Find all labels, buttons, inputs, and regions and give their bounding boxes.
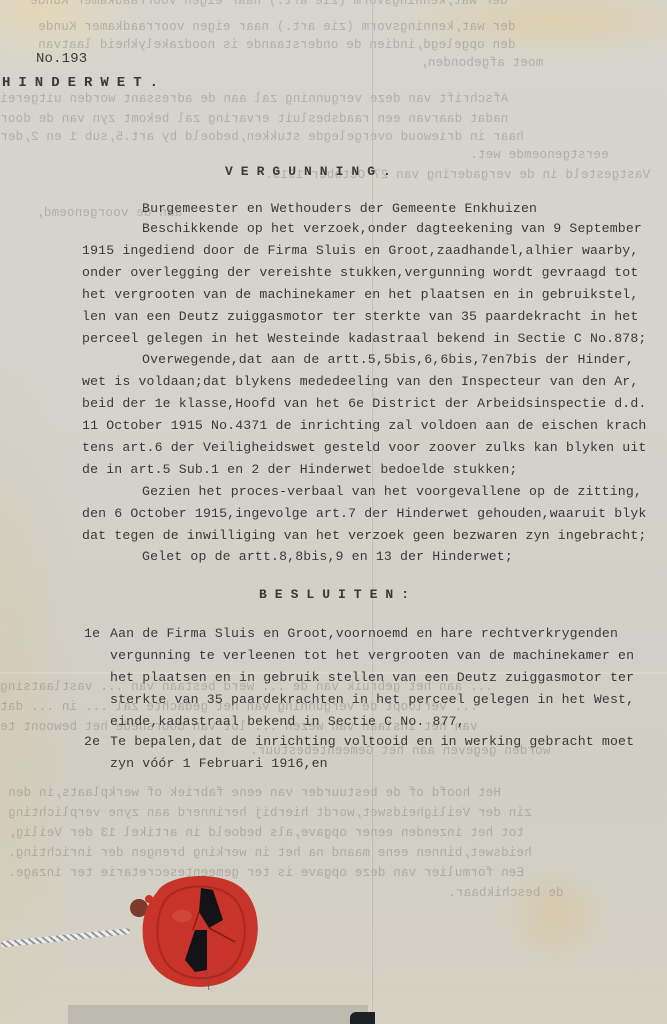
wax-seal-icon xyxy=(127,872,261,990)
decision-line: einde,kadastraal bekend in Sectie C No. … xyxy=(110,714,465,729)
bleed-through-text: moet afgebonden, xyxy=(420,56,543,70)
body-line: de in art.5 Sub.1 en 2 der Hinderwet bed… xyxy=(82,462,517,477)
bleed-through-text: Afschrift van deze vergunning zal aan de… xyxy=(0,92,508,106)
document-number: No.193 xyxy=(36,51,87,67)
decision-line: Te bepalen,dat de inrichting voltooid en… xyxy=(110,734,634,749)
body-line: Gelet op de artt.8,8bis,9 en 13 der Hind… xyxy=(142,549,513,564)
issuer: Burgemeester en Wethouders der Gemeente … xyxy=(142,201,537,216)
body-line: len van een Deutz zuiggasmotor ter sterk… xyxy=(82,309,638,324)
paper-shadow xyxy=(68,1005,368,1024)
body-line: tens art.6 der Veiligheidswet gesteld vo… xyxy=(82,440,646,455)
body-line: beid der 1e klasse,Hoofd van het 6e Dist… xyxy=(82,396,646,411)
document-scan: der wat,kenningsvorm (zie art.) naar eig… xyxy=(0,0,667,1024)
body-line: dat tegen de inwilliging van het verzoek… xyxy=(82,528,646,543)
body-line: den 6 October 1915,ingevolge art.7 der H… xyxy=(82,506,646,521)
body-line: het vergrooten van de machinekamer en he… xyxy=(82,287,638,302)
bleed-through-text: der wat,kenningsvorm (zie art.) naar eig… xyxy=(38,20,515,34)
bleed-through-text: zin der Veiligheidswet,wordt hierbij her… xyxy=(8,806,532,820)
decision-marker: 1e xyxy=(84,626,100,641)
body-line: perceel gelegen in het Westeinde kadastr… xyxy=(82,331,646,346)
bleed-through-text: Een formulier van deze opgave is ter gem… xyxy=(8,866,524,880)
bleed-through-text: de beschikbaar. xyxy=(448,886,564,900)
bleed-through-text: Het hoofd of de bestuurder van eene fabr… xyxy=(8,786,501,800)
decision-line: sterkte van 35 paardekrachten in het per… xyxy=(110,692,634,707)
bleed-through-text: der wat,kenningsvorm (zie art.) naar eig… xyxy=(30,0,507,8)
bleed-through-text: den opgelegd,indien de onderstaande is n… xyxy=(38,38,515,52)
decision-marker: 2e xyxy=(84,734,100,749)
decision-line: zyn vóór 1 Februari 1916,en xyxy=(110,756,328,771)
decision-line: vergunning te verleenen tot het vergroot… xyxy=(110,648,634,663)
document-title: VERGUNNING. xyxy=(225,164,399,179)
decision-line: het plaatsen en in gebruik stellen van e… xyxy=(110,670,634,685)
bleed-through-text: eerstgenoemde wet. xyxy=(470,148,609,162)
decision-line: Aan de Firma Sluis en Groot,voornoemd en… xyxy=(110,626,618,641)
law-heading: HINDERWET. xyxy=(2,75,166,91)
bleed-through-text: tot het inzenden eener opgave,als bedoel… xyxy=(8,826,524,840)
bleed-through-text: haar in driewoud overgelegde stukken,bed… xyxy=(0,130,524,144)
body-line: Beschikkende op het verzoek,onder dagtee… xyxy=(142,221,642,236)
bleed-through-text: nadat daarvan een raadsbesluit ervaring … xyxy=(0,112,508,126)
decision-heading: BESLUITEN: xyxy=(259,587,417,602)
body-line: Gezien het proces-verbaal van het voorge… xyxy=(142,484,642,499)
body-line: 1915 ingediend door de Firma Sluis en Gr… xyxy=(82,243,638,258)
body-line: Overwegende,dat aan de artt.5,5bis,6,6bi… xyxy=(142,352,634,367)
background-edge xyxy=(350,1012,375,1024)
body-line: wet is voldaan;dat blykens mededeeling v… xyxy=(82,374,638,389)
body-line: onder overlegging der vereishte stukken,… xyxy=(82,265,638,280)
seal-string xyxy=(0,928,130,948)
body-line: 11 October 1915 No.4371 de inrichting za… xyxy=(82,418,646,433)
bleed-through-text: heidswet,binnen eene maand na het in wer… xyxy=(8,846,532,860)
